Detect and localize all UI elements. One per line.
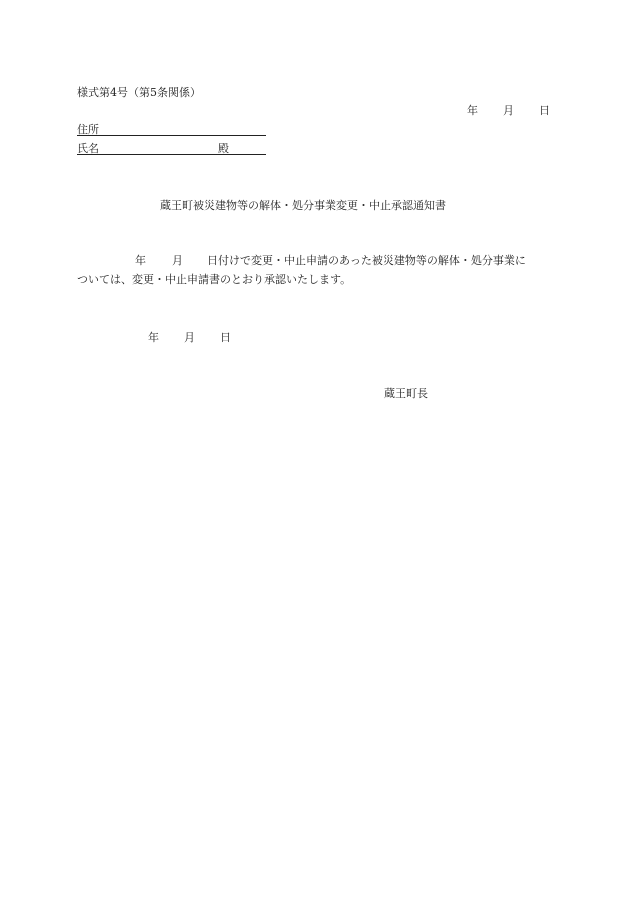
date-bottom-year: 年 [148, 331, 159, 344]
body-line1: 日付けで変更・中止申請のあった被災建物等の解体・処分事業に [207, 254, 526, 267]
address-underline [77, 135, 266, 136]
issuer: 蔵王町長 [384, 387, 428, 400]
form-number: 様式第4号（第5条関係） [77, 86, 201, 99]
date-top-year: 年 [467, 104, 478, 117]
date-top-month: 月 [503, 104, 514, 117]
date-bottom-month: 月 [184, 331, 195, 344]
body-month: 月 [172, 254, 183, 267]
date-bottom-day: 日 [220, 331, 231, 344]
name-underline [77, 154, 266, 155]
document-title: 蔵王町被災建物等の解体・処分事業変更・中止承認通知書 [160, 199, 446, 212]
date-top-day: 日 [539, 104, 550, 117]
body-line2: ついては、変更・中止申請書のとおり承認いたします。 [77, 273, 351, 286]
body-year: 年 [135, 254, 146, 267]
